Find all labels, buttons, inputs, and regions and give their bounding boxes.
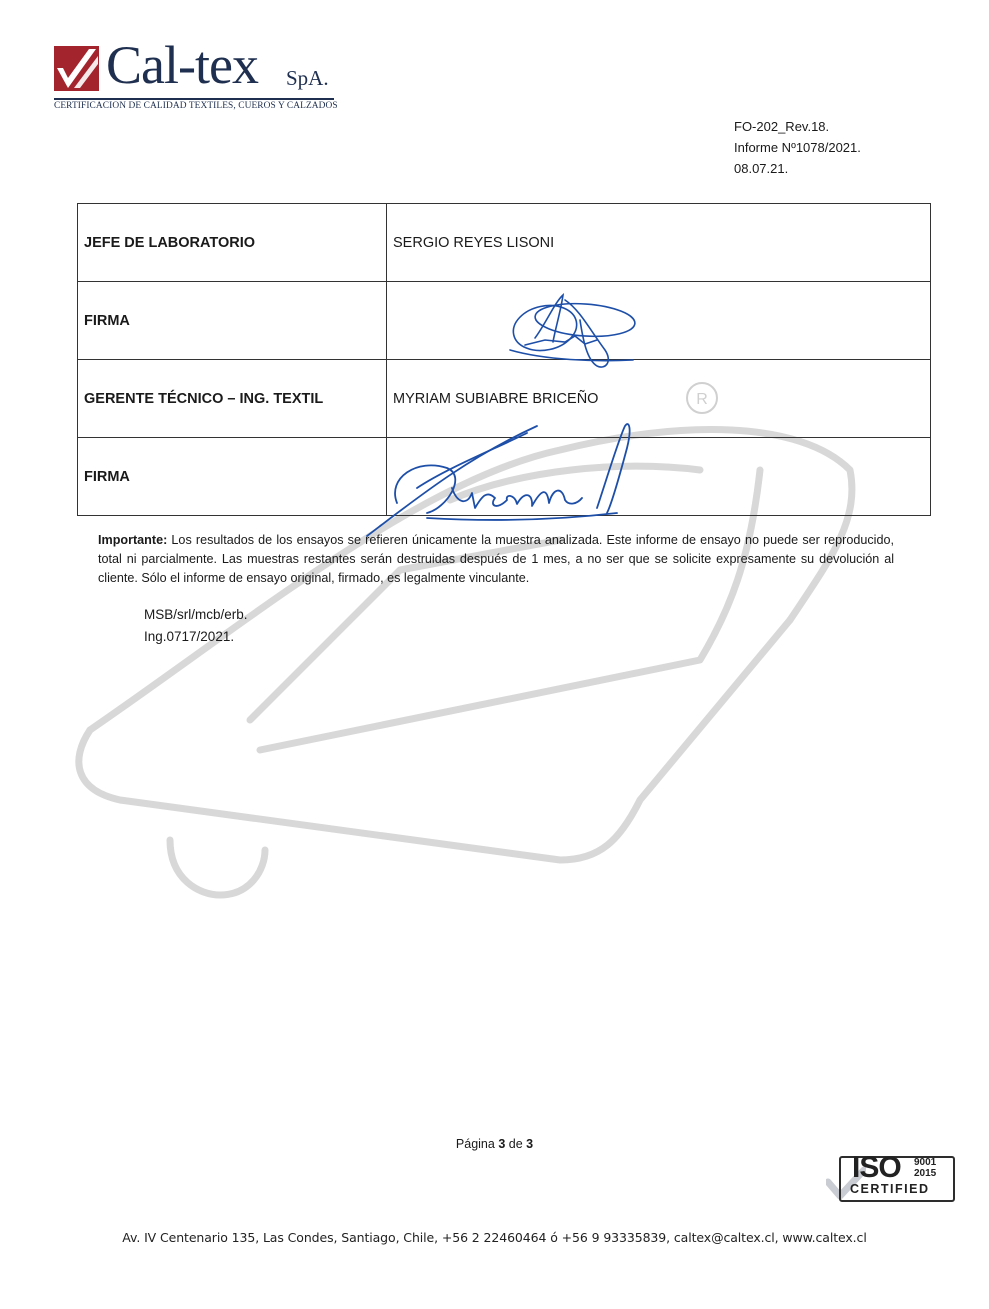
report-number: Informe Nº1078/2021. — [734, 137, 861, 158]
row-label: JEFE DE LABORATORIO — [78, 204, 387, 282]
author-initials: MSB/srl/mcb/erb. — [144, 604, 248, 626]
iso-certified-label: CERTIFIED — [850, 1182, 929, 1196]
logo-tagline: CERTIFICACION DE CALIDAD TEXTILES, CUERO… — [54, 101, 338, 111]
iso-certified-badge: ISO 9001 2015 CERTIFIED — [826, 1152, 956, 1204]
signature-cell — [387, 438, 931, 516]
footer-contact: Av. IV Centenario 135, Las Condes, Santi… — [0, 1230, 989, 1245]
document-references: FO-202_Rev.18. Informe Nº1078/2021. 08.0… — [734, 116, 861, 179]
watermark-shoe-outline: R — [0, 0, 989, 1309]
row-label: GERENTE TÉCNICO – ING. TEXTIL — [78, 360, 387, 438]
signatures-table: JEFE DE LABORATORIO SERGIO REYES LISONI … — [77, 203, 931, 516]
company-logo: Cal-tex SpA. CERTIFICACION DE CALIDAD TE… — [54, 45, 344, 115]
logo-divider — [54, 98, 334, 100]
checkmark-logo-icon — [54, 46, 99, 91]
intake-number: Ing.0717/2021. — [144, 626, 248, 648]
logo-wordmark: Cal-tex — [106, 37, 258, 93]
notice-lead: Importante: — [98, 533, 167, 547]
page-total: 3 — [526, 1137, 533, 1151]
internal-references: MSB/srl/mcb/erb. Ing.0717/2021. — [144, 604, 248, 648]
row-label: FIRMA — [78, 282, 387, 360]
form-code: FO-202_Rev.18. — [734, 116, 861, 137]
page-number: Página 3 de 3 — [0, 1137, 989, 1151]
iso-word: ISO — [852, 1152, 901, 1184]
row-value: SERGIO REYES LISONI — [387, 204, 931, 282]
notice-text: Los resultados de los ensayos se refiere… — [98, 533, 894, 585]
row-value: MYRIAM SUBIABRE BRICEÑO — [387, 360, 931, 438]
legal-notice: Importante: Los resultados de los ensayo… — [98, 531, 894, 588]
iso-standard: 9001 2015 — [914, 1157, 936, 1179]
row-label: FIRMA — [78, 438, 387, 516]
table-row: GERENTE TÉCNICO – ING. TEXTIL MYRIAM SUB… — [78, 360, 931, 438]
table-row: FIRMA — [78, 438, 931, 516]
table-row: JEFE DE LABORATORIO SERGIO REYES LISONI — [78, 204, 931, 282]
signature-cell — [387, 282, 931, 360]
logo-suffix: SpA. — [286, 66, 329, 91]
table-row: FIRMA — [78, 282, 931, 360]
report-date: 08.07.21. — [734, 158, 861, 179]
